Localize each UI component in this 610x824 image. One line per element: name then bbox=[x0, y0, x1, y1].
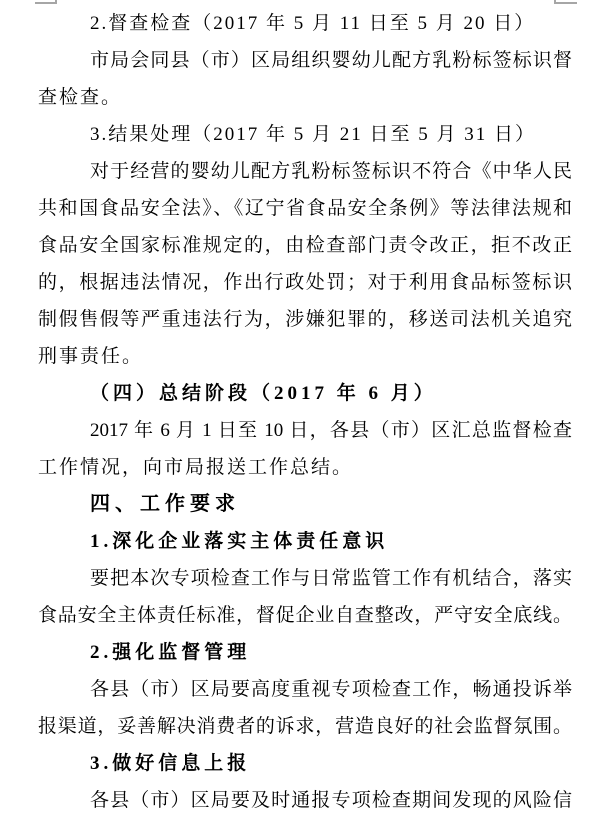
text-line: （四）总结阶段（2017 年 6 月） bbox=[38, 375, 572, 412]
text-line: 各县（市）区局要高度重视专项检查工作，畅通投诉举 bbox=[38, 671, 572, 708]
text-line: 四、工作要求 bbox=[38, 486, 572, 523]
text-line: 食品安全国家标准规定的，由检查部门责令改正，拒不改正 bbox=[38, 227, 572, 264]
crop-mark-bar bbox=[554, 2, 577, 4]
text-line: 查检查。 bbox=[38, 79, 572, 116]
crop-mark-bar bbox=[35, 2, 57, 4]
crop-mark-tick bbox=[55, 0, 57, 4]
text-line: 食品安全主体责任标准，督促企业自查整改，严守安全底线。 bbox=[38, 597, 572, 634]
text-line: 共和国食品安全法》、《辽宁省食品安全条例》等法律法规和 bbox=[38, 190, 572, 227]
document-page: 2.督查检查（2017 年 5 月 11 日至 5 月 20 日）市局会同县（市… bbox=[0, 0, 610, 824]
text-line: 的，根据违法情况，作出行政处罚；对于利用食品标签标识 bbox=[38, 264, 572, 301]
text-line: 3.结果处理（2017 年 5 月 21 日至 5 月 31 日） bbox=[38, 116, 572, 153]
text-line: 2017 年 6 月 1 日至 10 日，各县（市）区汇总监督检查 bbox=[38, 412, 572, 449]
crop-mark-tick bbox=[554, 0, 556, 4]
text-line: 各县（市）区局要及时通报专项检查期间发现的风险信 bbox=[38, 782, 572, 819]
text-line: 报渠道，妥善解决消费者的诉求，营造良好的社会监督氛围。 bbox=[38, 708, 572, 745]
document-body: 2.督查检查（2017 年 5 月 11 日至 5 月 20 日）市局会同县（市… bbox=[38, 5, 572, 819]
text-line: 刑事责任。 bbox=[38, 338, 572, 375]
text-line: 2.强化监督管理 bbox=[38, 634, 572, 671]
text-line: 1.深化企业落实主体责任意识 bbox=[38, 523, 572, 560]
text-line: 市局会同县（市）区局组织婴幼儿配方乳粉标签标识督 bbox=[38, 42, 572, 79]
text-line: 工作情况，向市局报送工作总结。 bbox=[38, 449, 572, 486]
text-line: 3.做好信息上报 bbox=[38, 745, 572, 782]
text-line: 要把本次专项检查工作与日常监管工作有机结合，落实 bbox=[38, 560, 572, 597]
text-line: 制假售假等严重违法行为，涉嫌犯罪的，移送司法机关追究 bbox=[38, 301, 572, 338]
text-line: 2.督查检查（2017 年 5 月 11 日至 5 月 20 日） bbox=[38, 5, 572, 42]
text-line: 对于经营的婴幼儿配方乳粉标签标识不符合《中华人民 bbox=[38, 153, 572, 190]
